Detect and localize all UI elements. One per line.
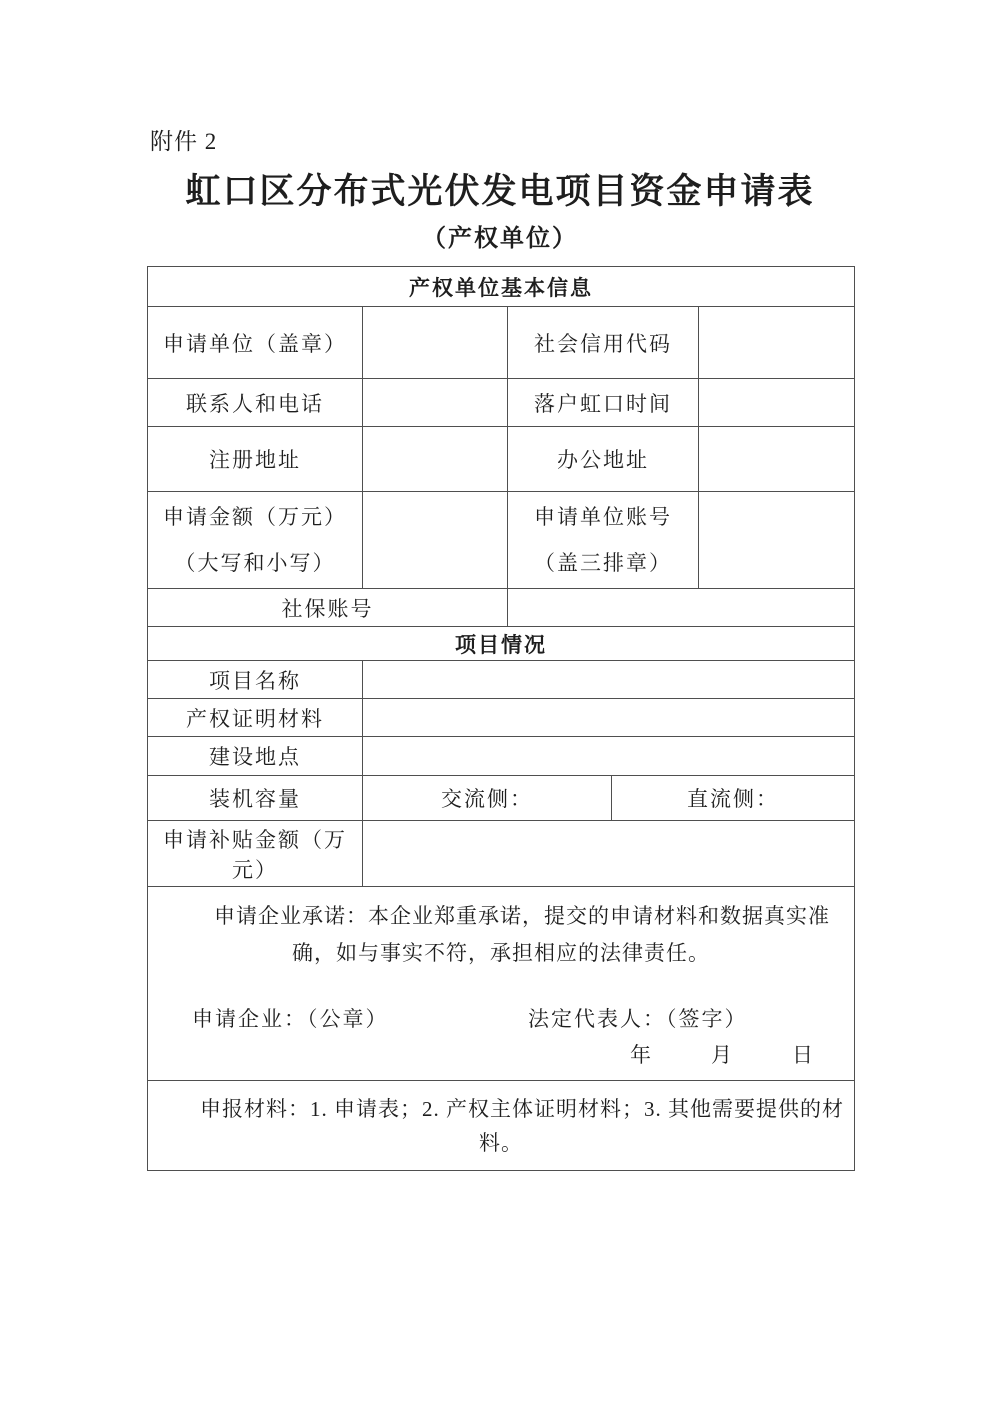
dc-side-cell[interactable]: 直流侧： bbox=[612, 776, 855, 821]
contact-phone-row: 联系人和电话 落户虹口时间 bbox=[148, 379, 855, 427]
date-month-label: 月 bbox=[711, 1040, 734, 1070]
installed-capacity-row: 装机容量 交流侧： 直流侧： bbox=[148, 776, 855, 821]
project-name-label: 项目名称 bbox=[148, 661, 363, 699]
page-subtitle: （产权单位） bbox=[0, 224, 1000, 254]
legal-rep-label: 法定代表人：（签字） bbox=[528, 1004, 748, 1034]
construction-site-row: 建设地点 bbox=[148, 737, 855, 776]
unit-account-value-cell[interactable] bbox=[699, 492, 855, 589]
unit-account-label-line1: 申请单位账号 bbox=[510, 494, 696, 540]
hongkou-settle-date-value-cell[interactable] bbox=[699, 379, 855, 427]
applicant-unit-row: 申请单位（盖章） 社会信用代码 bbox=[148, 307, 855, 379]
applicant-unit-value-cell[interactable] bbox=[363, 307, 508, 379]
document-page: 附件 2 虹口区分布式光伏发电项目资金申请表 （产权单位） 产权单位基本信息 申… bbox=[0, 0, 1000, 1414]
subsidy-amount-label: 申请补贴金额（万元） bbox=[148, 821, 363, 887]
project-name-row: 项目名称 bbox=[148, 661, 855, 699]
application-form-table: 产权单位基本信息 申请单位（盖章） 社会信用代码 联系人和电话 落户虹口时间 注… bbox=[147, 266, 855, 1171]
property-proof-value-cell[interactable] bbox=[363, 699, 855, 737]
signature-row: 申请企业：（公章） 法定代表人：（签字） bbox=[150, 1004, 852, 1034]
apply-amount-value-cell[interactable] bbox=[363, 492, 508, 589]
materials-row: 申报材料：1. 申请表；2. 产权主体证明材料；3. 其他需要提供的材料。 bbox=[148, 1081, 855, 1171]
registered-address-label: 注册地址 bbox=[148, 427, 363, 492]
social-security-account-value-cell[interactable] bbox=[508, 589, 855, 627]
date-day-label: 日 bbox=[792, 1040, 815, 1070]
hongkou-settle-date-label: 落户虹口时间 bbox=[508, 379, 699, 427]
apply-amount-row: 申请金额（万元） （大写和小写） 申请单位账号 （盖三排章） bbox=[148, 492, 855, 589]
applicant-unit-label: 申请单位（盖章） bbox=[148, 307, 363, 379]
construction-site-label: 建设地点 bbox=[148, 737, 363, 776]
commitment-row: 申请企业承诺：本企业郑重承诺，提交的申请材料和数据真实准确，如与事实不符，承担相… bbox=[148, 887, 855, 1081]
commitment-paragraph: 申请企业承诺：本企业郑重承诺，提交的申请材料和数据真实准确，如与事实不符，承担相… bbox=[152, 898, 850, 972]
contact-phone-label: 联系人和电话 bbox=[148, 379, 363, 427]
credit-code-value-cell[interactable] bbox=[699, 307, 855, 379]
section-header-basic-info: 产权单位基本信息 bbox=[148, 267, 855, 307]
registered-address-value-cell[interactable] bbox=[363, 427, 508, 492]
unit-account-label-line2: （盖三排章） bbox=[510, 540, 696, 586]
materials-note: 申报材料：1. 申请表；2. 产权主体证明材料；3. 其他需要提供的材料。 bbox=[150, 1092, 852, 1160]
attachment-label: 附件 2 bbox=[150, 0, 1000, 156]
unit-account-label: 申请单位账号 （盖三排章） bbox=[508, 492, 699, 589]
materials-cell: 申报材料：1. 申请表；2. 产权主体证明材料；3. 其他需要提供的材料。 bbox=[148, 1081, 855, 1171]
property-proof-label: 产权证明材料 bbox=[148, 699, 363, 737]
apply-amount-label: 申请金额（万元） （大写和小写） bbox=[148, 492, 363, 589]
ac-side-cell[interactable]: 交流侧： bbox=[363, 776, 612, 821]
credit-code-label: 社会信用代码 bbox=[508, 307, 699, 379]
commitment-cell: 申请企业承诺：本企业郑重承诺，提交的申请材料和数据真实准确，如与事实不符，承担相… bbox=[148, 887, 855, 1081]
contact-phone-value-cell[interactable] bbox=[363, 379, 508, 427]
page-title: 虹口区分布式光伏发电项目资金申请表 bbox=[0, 170, 1000, 214]
construction-site-value-cell[interactable] bbox=[363, 737, 855, 776]
project-name-value-cell[interactable] bbox=[363, 661, 855, 699]
subsidy-amount-value-cell[interactable] bbox=[363, 821, 855, 887]
property-proof-row: 产权证明材料 bbox=[148, 699, 855, 737]
date-year-label: 年 bbox=[630, 1040, 653, 1070]
section-header-basic-info-row: 产权单位基本信息 bbox=[148, 267, 855, 307]
office-address-value-cell[interactable] bbox=[699, 427, 855, 492]
address-row: 注册地址 办公地址 bbox=[148, 427, 855, 492]
office-address-label: 办公地址 bbox=[508, 427, 699, 492]
apply-amount-label-line1: 申请金额（万元） bbox=[150, 494, 360, 540]
date-line: 年 月 日 bbox=[630, 1040, 815, 1070]
subsidy-amount-row: 申请补贴金额（万元） bbox=[148, 821, 855, 887]
section-header-project-row: 项目情况 bbox=[148, 627, 855, 661]
installed-capacity-label: 装机容量 bbox=[148, 776, 363, 821]
section-header-project: 项目情况 bbox=[148, 627, 855, 661]
company-seal-label: 申请企业：（公章） bbox=[192, 1004, 389, 1034]
social-security-account-row: 社保账号 bbox=[148, 589, 855, 627]
apply-amount-label-line2: （大写和小写） bbox=[150, 540, 360, 586]
social-security-account-label: 社保账号 bbox=[148, 589, 508, 627]
